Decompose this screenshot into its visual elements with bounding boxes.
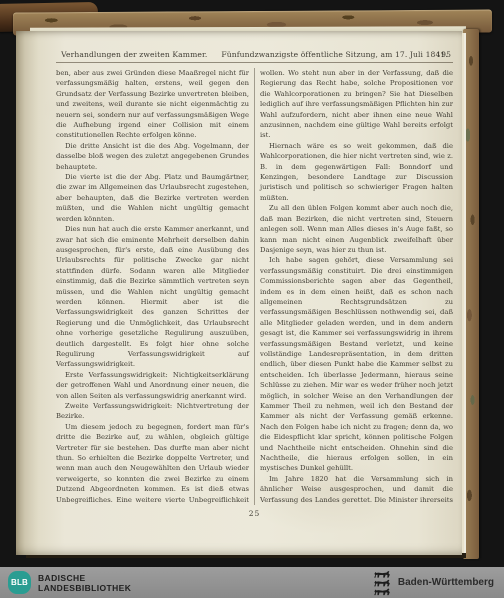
- paragraph: ben, aber aus zwei Gründen diese Maaßreg…: [56, 68, 249, 141]
- paragraph: wollen. Wo steht nun aber in der Verfass…: [260, 68, 453, 141]
- paragraph: Die dritte Ansicht ist die des Abg. Voge…: [56, 141, 249, 172]
- library-name-line1: BADISCHE: [38, 573, 131, 583]
- state-name: Baden-Württemberg: [398, 577, 494, 588]
- blb-logo-link[interactable]: BLB BADISCHE LANDESBIBLIOTHEK: [8, 571, 131, 594]
- text-column-right: wollen. Wo steht nun aber in der Verfass…: [254, 68, 453, 505]
- paragraph: Erste Verfassungswidrigkeit: Nichtigkeit…: [56, 370, 249, 401]
- blb-logo-text: BLB: [11, 578, 28, 587]
- paragraph: Ich habe sagen gehört, diese Versammlung…: [260, 255, 453, 474]
- paragraph: Im Jahre 1820 hat die Versammlung sich i…: [260, 474, 453, 505]
- bw-logo-link[interactable]: Baden-Württemberg: [373, 570, 494, 596]
- viewer-background: Verhandlungen der zweiten Kammer. Fünfun…: [0, 0, 504, 598]
- library-name-line2: LANDESBIBLIOTHEK: [38, 583, 131, 593]
- library-name: BADISCHE LANDESBIBLIOTHEK: [38, 573, 131, 593]
- signature-mark: 25: [56, 509, 453, 518]
- text-column-left: ben, aber aus zwei Gründen diese Maaßreg…: [56, 68, 249, 505]
- running-title: Verhandlungen der zweiten Kammer.: [61, 50, 207, 59]
- paragraph: Um diesem jedoch zu begegnen, fordert ma…: [56, 422, 249, 505]
- blb-logo: BLB: [8, 571, 31, 594]
- paragraph: Zweite Verfassungswidrigkeit: Nichtvertr…: [56, 401, 249, 422]
- paragraph: Hiernach wäre es so weit gekommen, daß d…: [260, 141, 453, 203]
- paragraph: Zu all den üblen Folgen kommt aber auch …: [260, 203, 453, 255]
- paragraph: Die vierte ist die der Abg. Platz und Ba…: [56, 172, 249, 224]
- page-number: 195: [436, 50, 451, 59]
- text-columns: ben, aber aus zwei Gründen diese Maaßreg…: [56, 68, 453, 505]
- session-title: Fünfundzwanzigste öffentliche Sitzung, a…: [221, 50, 447, 59]
- page-header: Verhandlungen der zweiten Kammer. Fünfun…: [56, 50, 453, 59]
- paragraph: Dies nun hat auch die erste Kammer anerk…: [56, 224, 249, 370]
- viewer-footer-bar: BLB BADISCHE LANDESBIBLIOTHEK Baden-Würt…: [0, 567, 504, 598]
- bw-lions-icon: [373, 570, 391, 596]
- scanned-page: Verhandlungen der zweiten Kammer. Fünfun…: [16, 31, 462, 555]
- header-rule: [56, 62, 453, 63]
